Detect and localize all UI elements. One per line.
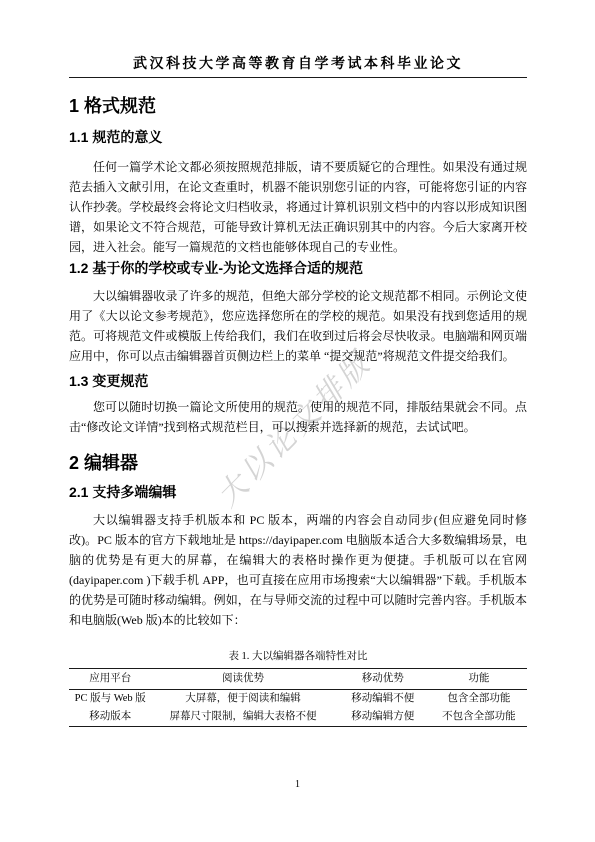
table-cell: 屏幕尺寸限制，编辑大表格不便 xyxy=(151,708,334,727)
subsection-heading-2-1: 2.1 支持多端编辑 xyxy=(69,483,527,502)
page-number: 1 xyxy=(0,779,595,790)
table-header-row: 应用平台 阅读优势 移动优势 功能 xyxy=(69,669,527,690)
table-cell: 移动版本 xyxy=(69,708,151,727)
section-heading-1: 1 格式规范 xyxy=(69,95,527,118)
comparison-table: 应用平台 阅读优势 移动优势 功能 PC 版与 Web 版 大屏幕，便于阅读和编… xyxy=(69,668,527,727)
section-heading-2: 2 编辑器 xyxy=(69,452,527,475)
table-cell: PC 版与 Web 版 xyxy=(69,690,151,709)
document-page: 大以论文排版 武汉科技大学高等教育自学考试本科毕业论文 1 格式规范 1.1 规… xyxy=(0,0,595,842)
table-header-platform: 应用平台 xyxy=(69,669,151,690)
paragraph-1-1: 任何一篇学术论文都必须按照规范排版，请不要质疑它的合理性。如果没有通过规范去插入… xyxy=(69,157,527,257)
paragraph-1-3: 您可以随时切换一篇论文所使用的规范。使用的规范不同，排版结果就会不同。点击“修改… xyxy=(69,397,527,437)
table-cell: 包含全部功能 xyxy=(431,690,527,709)
table-row: PC 版与 Web 版 大屏幕，便于阅读和编辑 移动编辑不便 包含全部功能 xyxy=(69,690,527,709)
paragraph-1-2: 大以编辑器收录了许多的规范，但绝大部分学校的论文规范都不相同。示例论文使用了《大… xyxy=(69,286,527,366)
table-row: 移动版本 屏幕尺寸限制，编辑大表格不便 移动编辑方便 不包含全部功能 xyxy=(69,708,527,727)
table-header-reading: 阅读优势 xyxy=(151,669,334,690)
table-cell: 大屏幕，便于阅读和编辑 xyxy=(151,690,334,709)
subsection-heading-1-2: 1.2 基于你的学校或专业-为论文选择合适的规范 xyxy=(69,259,527,278)
table-cell: 不包含全部功能 xyxy=(431,708,527,727)
running-head: 武汉科技大学高等教育自学考试本科毕业论文 xyxy=(69,53,527,78)
table-caption: 表 1. 大以编辑器各端特性对比 xyxy=(69,650,527,664)
page-body: 1 格式规范 1.1 规范的意义 任何一篇学术论文都必须按照规范排版，请不要质疑… xyxy=(69,75,527,727)
table-cell: 移动编辑不便 xyxy=(335,690,431,709)
table-cell: 移动编辑方便 xyxy=(335,708,431,727)
table-header-mobility: 移动优势 xyxy=(335,669,431,690)
subsection-heading-1-1: 1.1 规范的意义 xyxy=(69,128,527,147)
paragraph-2-1: 大以编辑器支持手机版本和 PC 版本，两端的内容会自动同步(但应避免同时修改)。… xyxy=(69,510,527,630)
table-header-features: 功能 xyxy=(431,669,527,690)
subsection-heading-1-3: 1.3 变更规范 xyxy=(69,372,527,391)
